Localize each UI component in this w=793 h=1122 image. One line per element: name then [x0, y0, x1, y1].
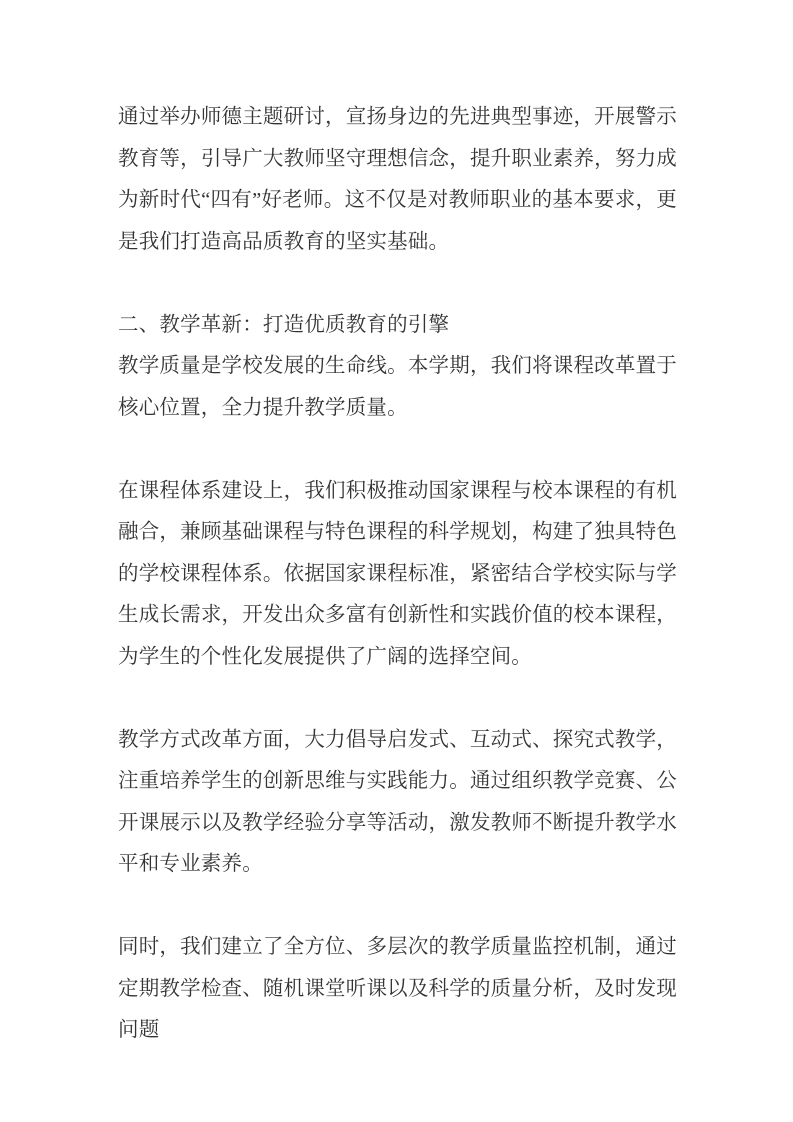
paragraph-teaching-methods: 教学方式改革方面，大力倡导启发式、互动式、探究式教学，注重培养学生的创新思维与实… — [118, 720, 677, 886]
document-page: 通过举办师德主题研讨，宣扬身边的先进典型事迹，开展警示教育等，引导广大教师坚守理… — [118, 97, 677, 1052]
section-heading-teaching-innovation: 二、教学革新：打造优质教育的引擎 — [118, 305, 677, 347]
paragraph-teaching-quality-intro: 教学质量是学校发展的生命线。本学期，我们将课程改革置于核心位置，全力提升教学质量… — [118, 346, 677, 429]
paragraph-teacher-ethics: 通过举办师德主题研讨，宣扬身边的先进典型事迹，开展警示教育等，引导广大教师坚守理… — [118, 97, 677, 263]
paragraph-quality-monitoring: 同时，我们建立了全方位、多层次的教学质量监控机制，通过定期教学检查、随机课堂听课… — [118, 927, 677, 1052]
paragraph-curriculum-system: 在课程体系建设上，我们积极推动国家课程与校本课程的有机融合，兼顾基础课程与特色课… — [118, 471, 677, 679]
